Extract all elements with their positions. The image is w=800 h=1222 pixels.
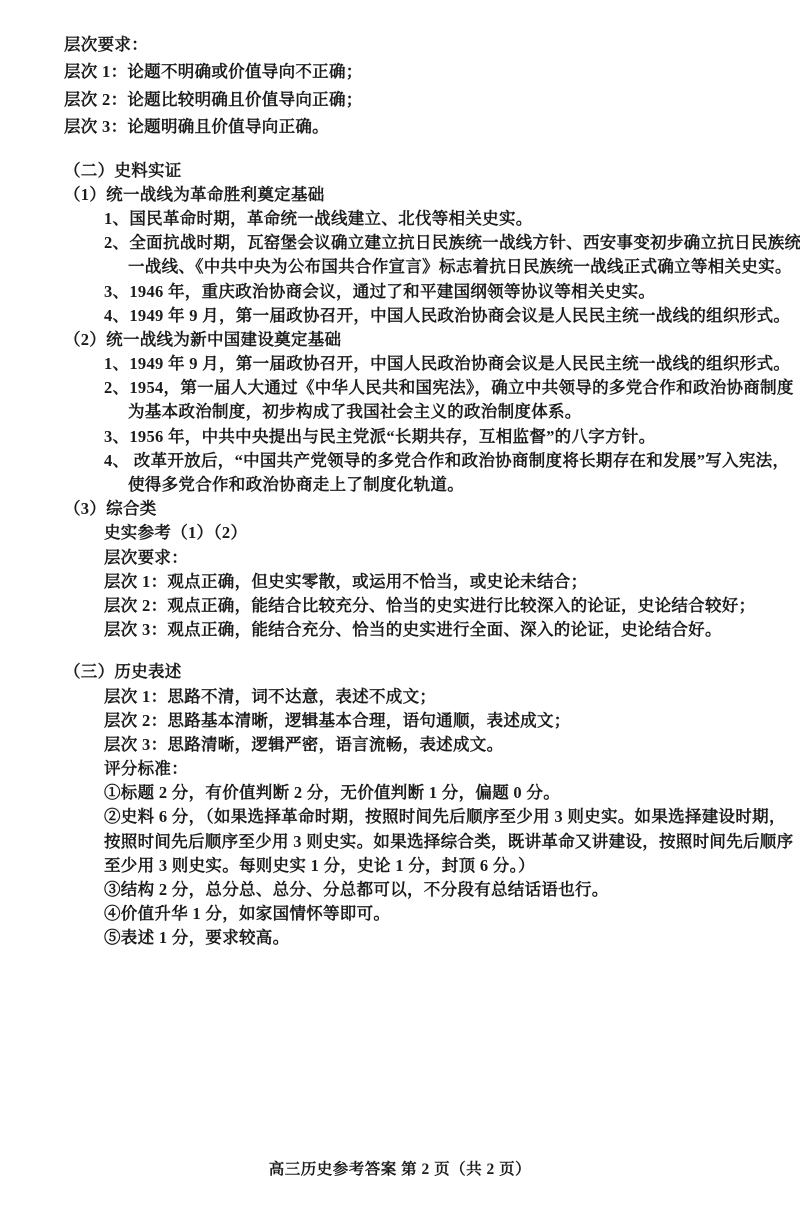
text-line: 层次 2：论题比较明确且价值导向正确；: [64, 86, 796, 113]
text-line: 层次 1：观点正确，但史实零散，或运用不恰当，或史论未结合；: [64, 570, 796, 594]
section-2-historical-evidence: （二）史料实证（1）统一战线为革命胜利奠定基础1、国民革命时期，革命统一战线建立…: [64, 159, 796, 643]
section-heading: （1）统一战线为革命胜利奠定基础: [64, 183, 796, 207]
section-heading: （3）综合类: [64, 497, 796, 521]
text-line: ②史料 6 分，（如果选择革命时期，按照时间先后顺序至少用 3 则史实。如果选择…: [64, 805, 796, 829]
text-line: 使得多党合作和政治协商走上了制度化轨道。: [64, 473, 796, 497]
page-footer: 高三历史参考答案 第 2 页（共 2 页）: [0, 1157, 800, 1179]
text-line: 层次 3：思路清晰，逻辑严密，语言流畅，表述成文。: [64, 733, 796, 757]
text-line: 按照时间先后顺序至少用 3 则史实。如果选择综合类，既讲革命又讲建设，按照时间先…: [64, 830, 796, 854]
text-line: 3、1956 年，中共中央提出与民主党派“长期共存，互相监督”的八字方针。: [64, 425, 796, 449]
text-line: 4、 改革开放后，“中国共产党领导的多党合作和政治协商制度将长期存在和发展”写入…: [64, 449, 796, 473]
text-line: ④价值升华 1 分，如家国情怀等即可。: [64, 902, 796, 926]
text-line: 4、1949 年 9 月，第一届政协召开，中国人民政治协商会议是人民民主统一战线…: [64, 304, 796, 328]
text-line: ①标题 2 分，有价值判断 2 分，无价值判断 1 分，偏题 0 分。: [64, 781, 796, 805]
text-line: 层次 2：观点正确，能结合比较充分、恰当的史实进行比较深入的论证，史论结合较好；: [64, 594, 796, 618]
text-line: 层次 1：论题不明确或价值导向不正确；: [64, 58, 796, 85]
text-line: 3、1946 年，重庆政治协商会议，通过了和平建国纲领等协议等相关史实。: [64, 280, 796, 304]
text-line: ③结构 2 分，总分总、总分、分总都可以，不分段有总结话语也行。: [64, 878, 796, 902]
section-3-historical-expression: （三）历史表述层次 1：思路不清，词不达意，表述不成文；层次 2：思路基本清晰，…: [64, 660, 796, 950]
text-line: 为基本政治制度，初步构成了我国社会主义的政治制度体系。: [64, 400, 796, 424]
text-line: 层次 1：思路不清，词不达意，表述不成文；: [64, 685, 796, 709]
text-line: 1、国民革命时期，革命统一战线建立、北伐等相关史实。: [64, 207, 796, 231]
text-line: 层次 3：观点正确，能结合充分、恰当的史实进行全面、深入的论证，史论结合好。: [64, 618, 796, 642]
text-line: 评分标准：: [64, 757, 796, 781]
section-heading: （三）历史表述: [64, 660, 796, 684]
text-line: 1、1949 年 9 月，第一届政协召开，中国人民政治协商会议是人民民主统一战线…: [64, 352, 796, 376]
text-line: 层次要求：: [64, 546, 796, 570]
text-line: 一战线、《中共中央为公布国共合作宣言》标志着抗日民族统一战线正式确立等相关史实。: [64, 255, 796, 279]
text-line: ⑤表述 1 分，要求较高。: [64, 926, 796, 950]
text-line: 层次要求：: [64, 31, 796, 58]
text-line: 2、全面抗战时期，瓦窑堡会议确立建立抗日民族统一战线方针、西安事变初步确立抗日民…: [64, 231, 796, 255]
text-line: 层次 3：论题明确且价值导向正确。: [64, 113, 796, 140]
text-line: 史实参考（1）（2）: [64, 521, 796, 545]
footer-text: 高三历史参考答案 第 2 页（共 2 页）: [269, 1161, 531, 1178]
answer-key-body: 层次要求：层次 1：论题不明确或价值导向不正确；层次 2：论题比较明确且价值导向…: [64, 31, 796, 951]
intro-level-requirements: 层次要求：层次 1：论题不明确或价值导向不正确；层次 2：论题比较明确且价值导向…: [64, 31, 796, 141]
text-line: 2、1954，第一届人大通过《中华人民共和国宪法》，确立中共领导的多党合作和政治…: [64, 376, 796, 400]
section-heading: （二）史料实证: [64, 159, 796, 183]
text-line: 至少用 3 则史实。每则史实 1 分，史论 1 分，封顶 6 分。）: [64, 854, 796, 878]
section-heading: （2）统一战线为新中国建设奠定基础: [64, 328, 796, 352]
document-page: 层次要求：层次 1：论题不明确或价值导向不正确；层次 2：论题比较明确且价值导向…: [0, 0, 800, 1222]
text-line: 层次 2：思路基本清晰，逻辑基本合理，语句通顺，表述成文；: [64, 709, 796, 733]
